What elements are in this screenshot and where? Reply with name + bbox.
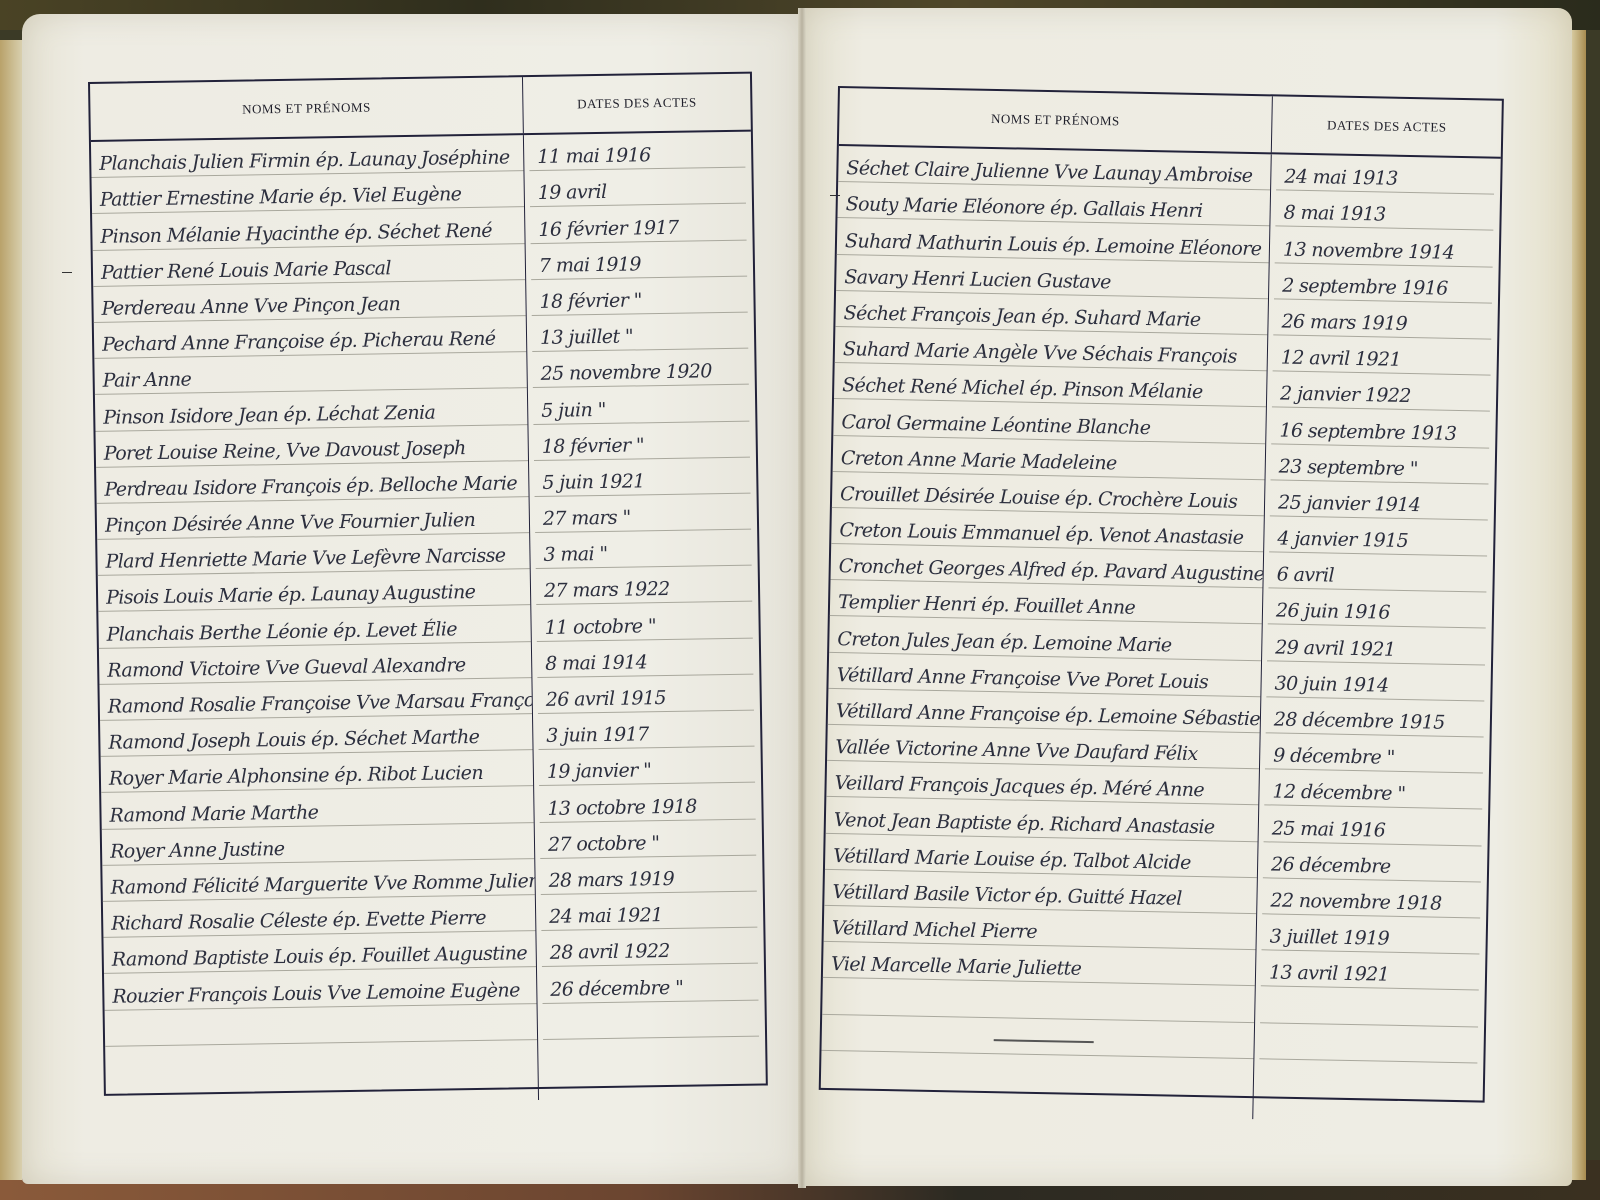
entry-date: 12 avril 1921 [1273, 347, 1491, 376]
entry-name [105, 1037, 537, 1047]
register-rows-right: Séchet Claire Julienne Vve Launay Ambroi… [821, 146, 1500, 1063]
entry-date: 5 juin 1921 [534, 469, 750, 497]
entry-date: 3 mai " [535, 541, 751, 569]
entry-date: 27 mars " [535, 505, 751, 533]
entry-date: 25 mai 1916 [1264, 817, 1482, 846]
entry-date: 2 septembre 1916 [1274, 274, 1492, 303]
register-table-right: NOMS ET PRÉNOMS DATES DES ACTES Séchet C… [819, 86, 1504, 1103]
entry-date [543, 1033, 759, 1039]
entry-date: 16 février 1917 [530, 215, 746, 243]
entry-date: 13 avril 1921 [1261, 962, 1479, 991]
entry-date: 25 novembre 1920 [532, 360, 748, 388]
entry-date: 24 mai 1913 [1276, 166, 1494, 195]
entry-date: 16 septembre 1913 [1271, 419, 1489, 448]
entry-date: 19 janvier " [539, 758, 755, 786]
entry-date: 13 octobre 1918 [539, 794, 755, 822]
entry-date: 28 décembre 1915 [1266, 708, 1484, 737]
entry-date: 13 novembre 1914 [1275, 238, 1493, 267]
column-header-dates: DATES DES ACTES [577, 94, 697, 112]
entry-name [821, 1048, 1253, 1059]
entry-date: 26 décembre [1263, 853, 1481, 882]
entry-date: 7 mai 1919 [531, 251, 747, 279]
entry-date: 27 octobre " [540, 830, 756, 858]
entry-date: 2 janvier 1922 [1272, 383, 1490, 412]
column-header-dates: DATES DES ACTES [1327, 117, 1447, 135]
entry-date: 30 juin 1914 [1266, 672, 1484, 701]
entry-date: 25 janvier 1914 [1270, 491, 1488, 520]
entry-date: 18 février " [531, 288, 747, 316]
column-header-names: NOMS ET PRÉNOMS [242, 100, 371, 118]
entry-date: 11 mai 1916 [529, 143, 745, 171]
table-header: NOMS ET PRÉNOMS DATES DES ACTES [90, 74, 751, 142]
margin-tick [62, 272, 72, 273]
entry-date [1259, 1056, 1477, 1063]
entry-date: 19 avril [530, 179, 746, 207]
entry-date: 22 novembre 1918 [1262, 889, 1480, 918]
register-rows-left: Planchais Julien Firmin ép. Launay Josép… [91, 132, 765, 1047]
entry-date: 28 mars 1919 [540, 867, 756, 895]
entry-date: 28 avril 1922 [542, 939, 758, 967]
entry-date: 13 juillet " [532, 324, 748, 352]
entry-date: 27 mars 1922 [536, 577, 752, 605]
book-gutter [798, 8, 806, 1188]
entry-date: 9 décembre " [1265, 745, 1483, 774]
entry-date: 6 avril [1268, 564, 1486, 593]
column-header-names: NOMS ET PRÉNOMS [991, 111, 1120, 129]
entry-date: 24 mai 1921 [541, 903, 757, 931]
book-cover-edge-left [0, 40, 22, 1180]
entry-date: 3 juillet 1919 [1261, 925, 1479, 954]
entry-date: 4 janvier 1915 [1269, 527, 1487, 556]
entry-date: 26 décembre " [542, 975, 758, 1003]
entry-date: 8 mai 1914 [537, 649, 753, 677]
entry-date: 26 mars 1919 [1273, 310, 1491, 339]
book-cover-edge-right [1572, 30, 1586, 1180]
entry-date: 8 mai 1913 [1275, 202, 1493, 231]
entry-date: 12 décembre " [1264, 781, 1482, 810]
entry-date: 18 février " [534, 432, 750, 460]
entry-date: 3 juin 1917 [538, 722, 754, 750]
register-table-left: NOMS ET PRÉNOMS DATES DES ACTES Planchai… [88, 72, 768, 1096]
entry-date: 5 juin " [533, 396, 749, 424]
entry-date: 26 juin 1916 [1268, 600, 1486, 629]
entry-date: 29 avril 1921 [1267, 636, 1485, 665]
entry-date: 26 avril 1915 [538, 686, 754, 714]
entry-date: 23 septembre " [1271, 455, 1489, 484]
entry-date: 11 octobre " [536, 613, 752, 641]
